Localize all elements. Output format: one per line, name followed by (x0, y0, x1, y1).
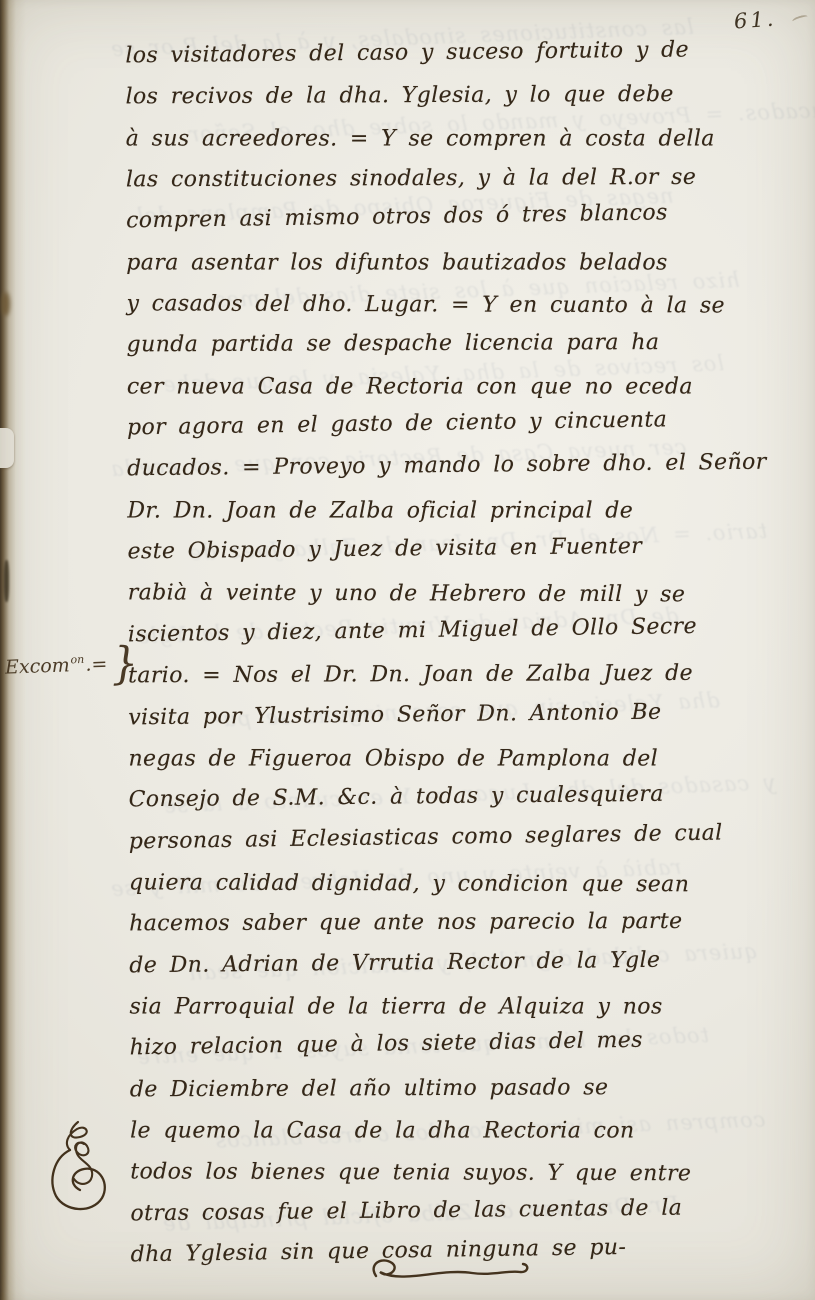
manuscript-line: por agora en el gasto de ciento y cincue… (127, 398, 738, 448)
manuscript-page-scan: las constituciones sinodales, y à la del… (0, 0, 815, 1300)
manuscript-line: los visitadores del caso y suceso fortui… (125, 29, 735, 77)
manuscript-line: le quemo la Casa de la dha Rectoria con (130, 1110, 740, 1151)
manuscript-line: hizo relacion que à los siete dias del m… (129, 1019, 740, 1069)
margin-note-suffix: .= (85, 653, 108, 676)
manuscript-line: visita por Ylustrisimo Señor Dn. Antonio… (128, 690, 738, 738)
manuscript-line: à sus acreedores. = Y se compren à costa… (126, 118, 736, 159)
manuscript-line: quiera calidad dignidad, y condicion que… (129, 862, 739, 905)
ink-monogram-flourish (40, 1116, 130, 1231)
manuscript-line: este Obispado y Juez de visita en Fuente… (127, 525, 737, 573)
ink-speck (4, 560, 9, 602)
manuscript-line: tario. = Nos el Dr. Dn. Joan de Zalba Ju… (128, 653, 738, 697)
manuscript-line: personas asi Eclesiasticas como seglares… (129, 812, 740, 862)
manuscript-line: compren asi mismo otros dos ó tres blanc… (126, 192, 737, 242)
manuscript-line: ducados. = Proveyo y mando lo sobre dho.… (127, 442, 737, 490)
margin-note-text: Excom (5, 654, 70, 678)
manuscript-line: para asentar los difuntos bautizados bel… (126, 242, 736, 283)
manuscript-line: gunda partida se despache licencia para … (127, 322, 737, 366)
folio-smudge-mark (791, 14, 808, 25)
manuscript-line: y casados del dho. Lugar. = Y en cuanto … (126, 283, 736, 326)
manuscript-line: los recivos de la dha. Yglesia, y lo que… (125, 74, 735, 118)
manuscript-line: hacemos saber que ante nos parecio la pa… (129, 901, 739, 945)
manuscript-text-block: los visitadores del caso y suceso fortui… (125, 33, 740, 1276)
manuscript-line: de Diciembre del año ultimo pasado se (130, 1066, 740, 1110)
folio-number: 61. (733, 7, 777, 34)
end-flourish (368, 1252, 538, 1292)
manuscript-line: de Dn. Adrian de Vrrutia Rector de la Yg… (129, 939, 739, 987)
manuscript-line: iscientos y diez, ante mi Miguel de Ollo… (128, 605, 739, 655)
